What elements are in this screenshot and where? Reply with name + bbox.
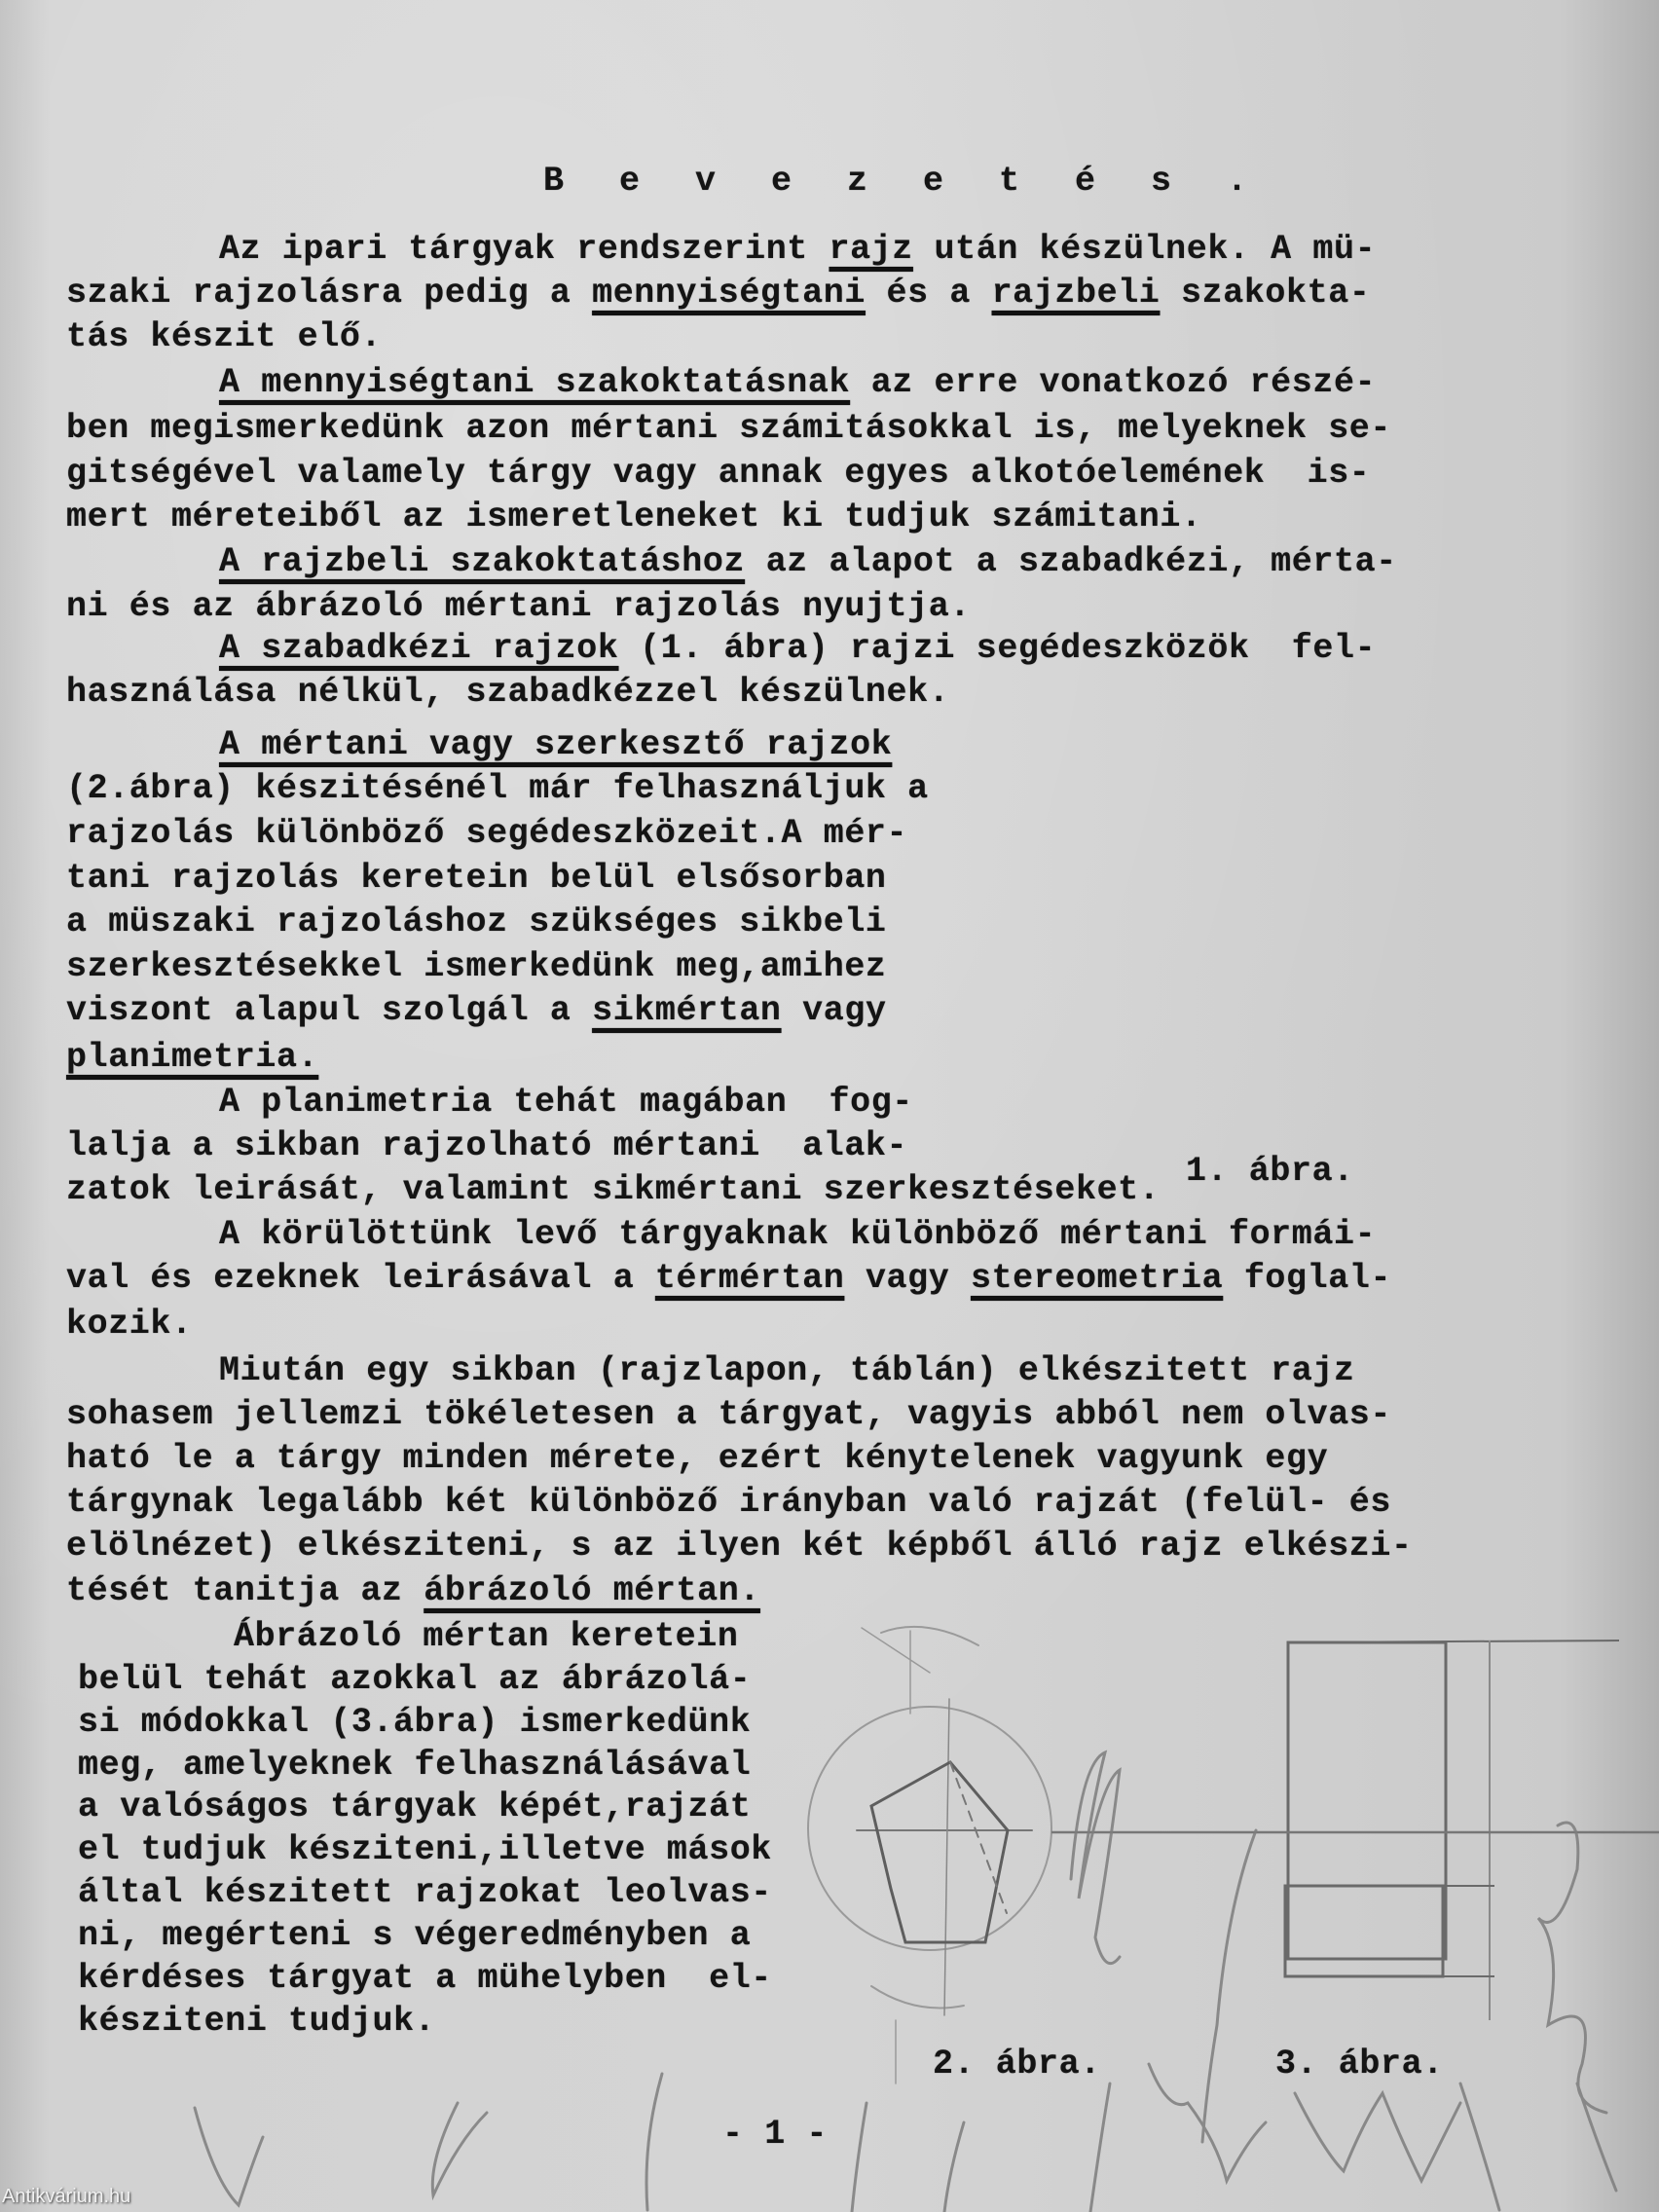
text-line: szaki rajzolásra pedig a mennyiségtani é…: [66, 274, 1370, 313]
text-segment: ható le a tárgy minden mérete, ezért kén…: [66, 1439, 1328, 1478]
text-segment: tás készit elő.: [66, 317, 382, 356]
text-segment: használása nélkül, szabadkézzel készülne…: [66, 673, 949, 712]
underlined-term: A mennyiségtani szakoktatásnak: [219, 363, 850, 402]
text-segment: az erre vonatkozó részé-: [850, 363, 1376, 402]
figure-3-projection-drawing: [1051, 1641, 1659, 2020]
text-line: ni, megérteni s végeredményben a: [78, 1916, 751, 1955]
text-segment: tését tanitja az: [66, 1571, 424, 1610]
text-segment: ni és az ábrázoló mértani rajzolás nyujt…: [66, 587, 971, 626]
underlined-term: mennyiségtani: [592, 274, 866, 313]
underlined-term: planimetria.: [66, 1038, 318, 1077]
underlined-term: sikmértan: [592, 991, 781, 1030]
text-line: késziteni tudjuk.: [78, 2002, 435, 2041]
text-line: a valóságos tárgyak képét,rajzát: [78, 1788, 751, 1826]
text-segment: sohasem jellemzi tökéletesen a tárgyat, …: [66, 1395, 1391, 1434]
text-line: belül tehát azokkal az ábrázolá-: [78, 1660, 751, 1699]
underlined-term: A mértani vagy szerkesztő rajzok: [219, 725, 892, 764]
text-line: A planimetria tehát magában fog-: [219, 1083, 913, 1122]
text-line: Az ipari tárgyak rendszerint rajz után k…: [219, 230, 1376, 269]
text-segment: kérdéses tárgyat a mühelyben el-: [78, 1959, 772, 1998]
text-segment: tárgynak legalább két különböző irányban…: [66, 1483, 1391, 1522]
text-segment: A körülöttünk levő tárgyaknak különböző …: [219, 1215, 1376, 1254]
text-segment: val és ezeknek leirásával a: [66, 1259, 655, 1298]
text-segment: viszont alapul szolgál a: [66, 991, 592, 1030]
text-line: tás készit elő.: [66, 317, 382, 356]
underlined-term: rajz: [829, 230, 913, 269]
text-segment: foglal-: [1223, 1259, 1391, 1298]
page-title: B e v e z e t é s .: [543, 162, 1265, 201]
text-segment: zatok leirását, valamint sikmértani szer…: [66, 1170, 1160, 1209]
text-line: elölnézet) elkésziteni, s az ilyen két k…: [66, 1527, 1413, 1566]
text-segment: szakokta-: [1160, 274, 1370, 313]
text-segment: el tudjuk késziteni,illetve mások: [78, 1830, 772, 1869]
text-segment: (2.ábra) készitésénél már felhasználjuk …: [66, 769, 929, 808]
text-segment: ben megismerkedünk azon mértani számitás…: [66, 409, 1391, 448]
text-segment: meg, amelyeknek felhasználásával: [78, 1746, 751, 1785]
text-segment: mert méreteiből az ismeretleneket ki tud…: [66, 498, 1202, 536]
text-line: lalja a sikban rajzolható mértani alak-: [66, 1126, 907, 1165]
text-line: sohasem jellemzi tökéletesen a tárgyat, …: [66, 1395, 1391, 1434]
page-number: - 1 -: [722, 2115, 828, 2154]
text-line: tését tanitja az ábrázoló mértan.: [66, 1571, 760, 1610]
text-segment: belül tehát azokkal az ábrázolá-: [78, 1660, 751, 1699]
text-line: kérdéses tárgyat a mühelyben el-: [78, 1959, 772, 1998]
text-line: meg, amelyeknek felhasználásával: [78, 1746, 751, 1785]
text-line: (2.ábra) készitésénél már felhasználjuk …: [66, 769, 929, 808]
text-segment: rajzolás különböző segédeszközeit.A mér-: [66, 814, 907, 853]
text-segment: vagy: [782, 991, 887, 1030]
underlined-term: stereometria: [971, 1259, 1223, 1298]
text-line: által készitett rajzokat leolvas-: [78, 1873, 772, 1912]
underlined-term: rajzbeli: [992, 274, 1161, 313]
text-line: ni és az ábrázoló mértani rajzolás nyujt…: [66, 587, 971, 626]
text-line: mert méreteiből az ismeretleneket ki tud…: [66, 498, 1202, 536]
text-line: tani rajzolás keretein belül elsősorban: [66, 859, 887, 898]
text-segment: gitségével valamely tárgy vagy annak egy…: [66, 454, 1370, 493]
text-line: rajzolás különböző segédeszközeit.A mér-: [66, 814, 907, 853]
scanned-page: B e v e z e t é s . Az ipari tárgyak ren…: [0, 0, 1659, 2212]
text-line: planimetria.: [66, 1038, 318, 1077]
text-line: a müszaki rajzoláshoz szükséges sikbeli: [66, 903, 887, 941]
text-line: ható le a tárgy minden mérete, ezért kén…: [66, 1439, 1328, 1478]
text-line: viszont alapul szolgál a sikmértan vagy: [66, 991, 887, 1030]
text-line: Miután egy sikban (rajzlapon, táblán) el…: [219, 1351, 1355, 1390]
figure-3-caption: 3. ábra.: [1275, 2045, 1444, 2083]
text-line: gitségével valamely tárgy vagy annak egy…: [66, 454, 1370, 493]
text-segment: Az ipari tárgyak rendszerint: [219, 230, 829, 269]
text-segment: lalja a sikban rajzolható mértani alak-: [66, 1126, 907, 1165]
text-line: szerkesztésekkel ismerkedünk meg,amihez: [66, 947, 887, 986]
text-segment: szerkesztésekkel ismerkedünk meg,amihez: [66, 947, 887, 986]
watermark: Antikvárium.hu: [2, 2186, 130, 2208]
figure-1-caption: 1. ábra.: [1186, 1152, 1354, 1191]
text-segment: si módokkal (3.ábra) ismerkedünk: [78, 1703, 751, 1742]
underlined-term: térmértan: [655, 1259, 844, 1298]
underlined-term: A szabadkézi rajzok: [219, 629, 618, 668]
underlined-term: A rajzbeli szakoktatáshoz: [219, 542, 745, 581]
text-segment: tani rajzolás keretein belül elsősorban: [66, 859, 887, 898]
text-segment: után készülnek. A mü-: [913, 230, 1376, 269]
text-line: val és ezeknek leirásával a térmértan va…: [66, 1259, 1391, 1298]
text-segment: az alapot a szabadkézi, mérta-: [745, 542, 1397, 581]
text-segment: Ábrázoló mértan keretein: [234, 1617, 738, 1656]
text-segment: ni, megérteni s végeredményben a: [78, 1916, 751, 1955]
text-segment: a müszaki rajzoláshoz szükséges sikbeli: [66, 903, 887, 941]
text-segment: szaki rajzolásra pedig a: [66, 274, 592, 313]
text-line: A mennyiségtani szakoktatásnak az erre v…: [219, 363, 1376, 402]
text-segment: kozik.: [66, 1305, 193, 1344]
text-line: zatok leirását, valamint sikmértani szer…: [66, 1170, 1160, 1209]
text-line: A rajzbeli szakoktatáshoz az alapot a sz…: [219, 542, 1397, 581]
text-segment: Miután egy sikban (rajzlapon, táblán) el…: [219, 1351, 1355, 1390]
figure-2-caption: 2. ábra.: [933, 2045, 1101, 2083]
text-segment: és a: [866, 274, 992, 313]
figure-2-pentagon-drawing: [808, 1627, 1051, 2083]
text-line: si módokkal (3.ábra) ismerkedünk: [78, 1703, 751, 1742]
text-line: használása nélkül, szabadkézzel készülne…: [66, 673, 949, 712]
text-line: ben megismerkedünk azon mértani számitás…: [66, 409, 1391, 448]
text-segment: elölnézet) elkésziteni, s az ilyen két k…: [66, 1527, 1413, 1566]
text-segment: a valóságos tárgyak képét,rajzát: [78, 1788, 751, 1826]
text-segment: vagy: [844, 1259, 971, 1298]
text-segment: által készitett rajzokat leolvas-: [78, 1873, 772, 1912]
text-line: A körülöttünk levő tárgyaknak különböző …: [219, 1215, 1376, 1254]
text-line: el tudjuk késziteni,illetve mások: [78, 1830, 772, 1869]
underlined-term: ábrázoló mértan.: [424, 1571, 760, 1610]
text-line: A szabadkézi rajzok (1. ábra) rajzi segé…: [219, 629, 1376, 668]
text-line: tárgynak legalább két különböző irányban…: [66, 1483, 1391, 1522]
text-line: kozik.: [66, 1305, 193, 1344]
text-segment: (1. ábra) rajzi segédeszközök fel-: [618, 629, 1376, 668]
text-line: Ábrázoló mértan keretein: [234, 1617, 738, 1656]
text-segment: A planimetria tehát magában fog-: [219, 1083, 913, 1122]
text-line: A mértani vagy szerkesztő rajzok: [219, 725, 892, 764]
text-segment: késziteni tudjuk.: [78, 2002, 435, 2041]
